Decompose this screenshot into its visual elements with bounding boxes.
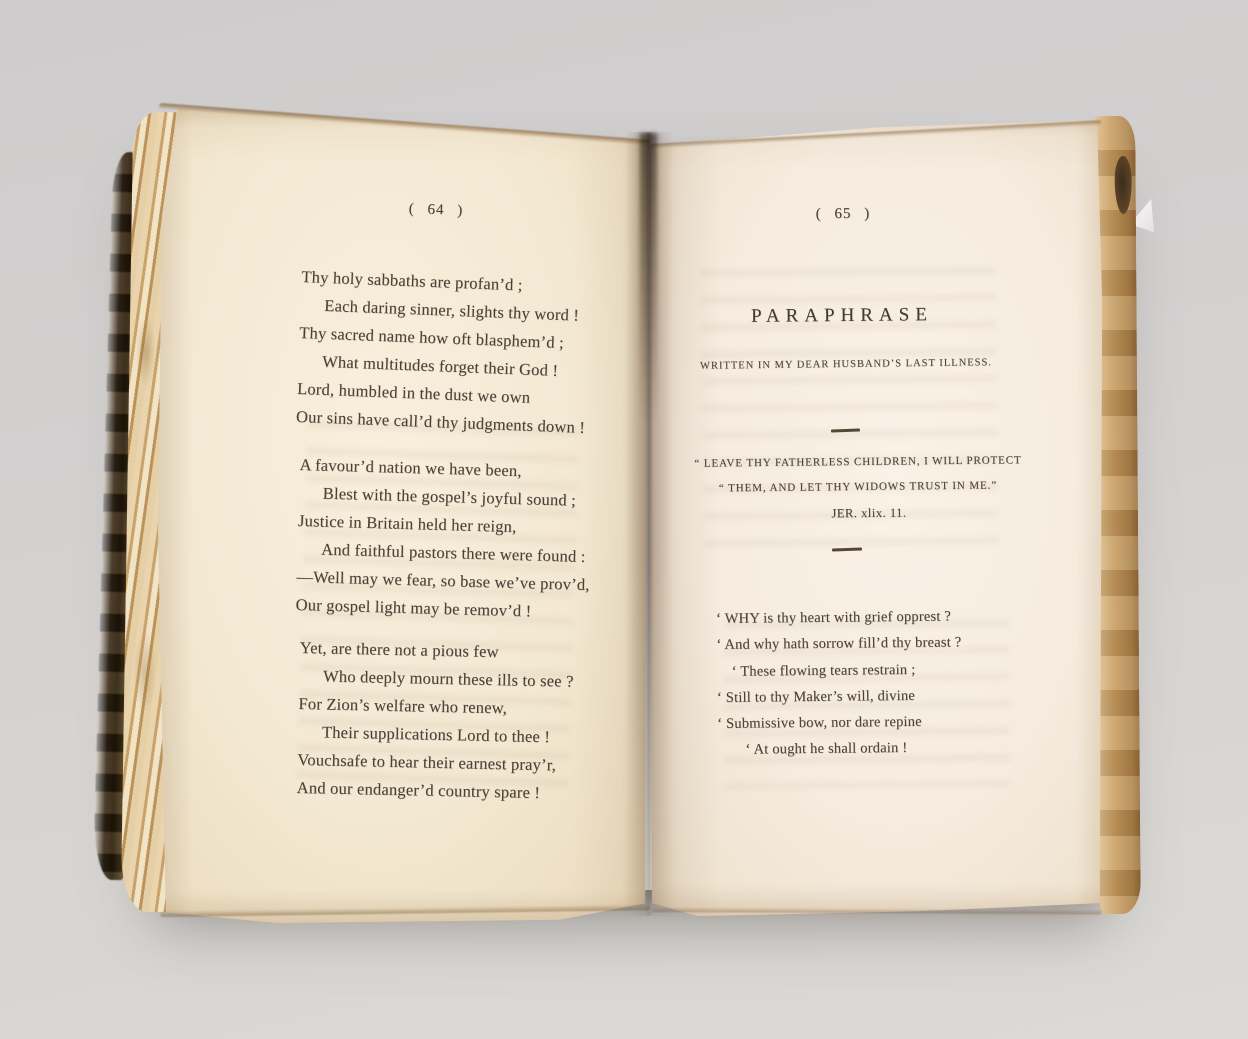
verse-line: ‘ At ought he shall ordain ! bbox=[717, 735, 962, 764]
poem-stanza-2: A favour’d nation we have been, Blest wi… bbox=[295, 451, 593, 627]
scripture-citation: JER. xlix. 11. bbox=[814, 506, 924, 522]
verse-line: ‘ Submissive bow, nor dare repine bbox=[717, 709, 962, 738]
fore-edge-notch bbox=[1114, 156, 1131, 214]
poem-stanza-3: Yet, are there not a pious few Who deepl… bbox=[296, 634, 574, 808]
page-number-65: ( 65 ) bbox=[803, 206, 883, 224]
page-number-64: ( 64 ) bbox=[397, 201, 476, 221]
paraphrase-verse: ‘ WHY is thy heart with grief opprest ? … bbox=[716, 603, 963, 763]
poem-stanza-1: Thy holy sabbaths are profan’d ; Each da… bbox=[296, 263, 591, 442]
verse-line: ‘ Still to thy Maker’s will, divine bbox=[717, 682, 962, 711]
open-book: ( 64 ) Thy holy sabbaths are profan’d ; … bbox=[0, 0, 1248, 1039]
section-title: PARAPHRASE bbox=[742, 304, 942, 328]
photo-backdrop: ( 64 ) Thy holy sabbaths are profan’d ; … bbox=[0, 0, 1248, 1039]
verse-line: ‘ WHY is thy heart with grief opprest ? bbox=[716, 603, 961, 632]
verse-line: ‘ And why hath sorrow fill’d thy breast … bbox=[716, 630, 961, 659]
poem-line: And our endanger’d country spare ! bbox=[296, 774, 571, 808]
book-gutter-shadow-top bbox=[640, 133, 657, 423]
verse-line: ‘ These flowing tears restrain ; bbox=[717, 656, 962, 685]
